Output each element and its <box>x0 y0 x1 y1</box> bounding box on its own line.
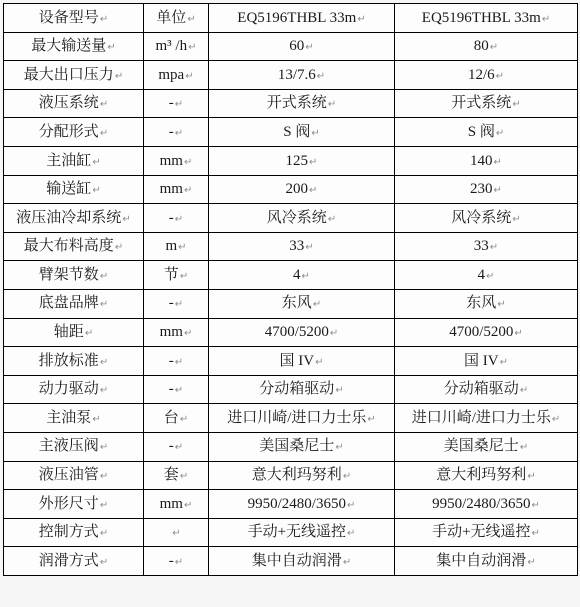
table-row: 输送缸↵mm↵200↵230↵ <box>4 175 578 204</box>
paragraph-mark-icon: ↵ <box>100 442 108 453</box>
model-a-value-cell: 意大利玛努利↵ <box>209 461 395 490</box>
paragraph-mark-icon: ↵ <box>527 471 535 482</box>
cell-text: 液压油冷却系统 <box>16 210 121 226</box>
unit-cell: -↵ <box>144 89 209 118</box>
paragraph-mark-icon: ↵ <box>175 99 183 110</box>
spec-name-cell: 外形尺寸↵ <box>4 490 144 519</box>
cell-text: mm <box>160 181 183 197</box>
table-row: 底盘品牌↵-↵东风↵东风↵ <box>4 289 578 318</box>
table-row: 分配形式↵-↵S 阀↵S 阀↵ <box>4 118 578 147</box>
paragraph-mark-icon: ↵ <box>500 357 508 368</box>
paragraph-mark-icon: ↵ <box>178 242 186 253</box>
table-row: 润滑方式↵-↵集中自动润滑↵集中自动润滑↵ <box>4 547 578 576</box>
model-b-value-cell: 东风↵ <box>395 289 578 318</box>
cell-text: 进口川崎/进口力士乐 <box>227 410 366 426</box>
model-b-value-cell: 4700/5200↵ <box>395 318 578 347</box>
paragraph-mark-icon: ↵ <box>85 328 93 339</box>
unit-cell: m³ /h↵ <box>144 32 209 61</box>
paragraph-mark-icon: ↵ <box>184 185 192 196</box>
paragraph-mark-icon: ↵ <box>357 14 365 25</box>
model-a-value-cell: 风冷系统↵ <box>209 204 395 233</box>
paragraph-mark-icon: ↵ <box>496 71 504 82</box>
model-a-value-cell: EQ5196THBL 33m↵ <box>209 4 395 33</box>
spec-name-cell: 输送缸↵ <box>4 175 144 204</box>
cell-text: 手动+无线遥控 <box>248 524 346 540</box>
paragraph-mark-icon: ↵ <box>347 500 355 511</box>
model-a-value-cell: 125↵ <box>209 146 395 175</box>
spec-name-cell: 主油泵↵ <box>4 404 144 433</box>
unit-cell: -↵ <box>144 347 209 376</box>
unit-cell: mm↵ <box>144 146 209 175</box>
document-page: 设备型号↵单位↵EQ5196THBL 33m↵EQ5196THBL 33m↵最大… <box>0 0 580 579</box>
spec-name-cell: 底盘品牌↵ <box>4 289 144 318</box>
cell-text: S 阀 <box>283 124 310 140</box>
cell-text: 分动箱驱动 <box>444 381 519 397</box>
cell-text: 东风 <box>282 295 312 311</box>
table-row: 最大出口压力↵mpa↵13/7.6↵12/6↵ <box>4 61 578 90</box>
cell-text: 最大出口压力 <box>24 67 114 83</box>
paragraph-mark-icon: ↵ <box>302 271 310 282</box>
cell-text: 节 <box>164 267 179 283</box>
cell-text: 4 <box>478 267 486 283</box>
spec-name-cell: 主油缸↵ <box>4 146 144 175</box>
cell-text: 台 <box>164 410 179 426</box>
paragraph-mark-icon: ↵ <box>115 71 123 82</box>
paragraph-mark-icon: ↵ <box>175 214 183 225</box>
paragraph-mark-icon: ↵ <box>305 242 313 253</box>
unit-cell: -↵ <box>144 118 209 147</box>
unit-cell: mm↵ <box>144 490 209 519</box>
cell-text: 9950/2480/3650 <box>248 496 346 512</box>
model-b-value-cell: 分动箱驱动↵ <box>395 375 578 404</box>
paragraph-mark-icon: ↵ <box>180 414 188 425</box>
cell-text: 13/7.6 <box>278 67 316 83</box>
paragraph-mark-icon: ↵ <box>100 99 108 110</box>
paragraph-mark-icon: ↵ <box>180 471 188 482</box>
paragraph-mark-icon: ↵ <box>100 528 108 539</box>
paragraph-mark-icon: ↵ <box>313 299 321 310</box>
paragraph-mark-icon: ↵ <box>92 157 100 168</box>
model-b-value-cell: 开式系统↵ <box>395 89 578 118</box>
spec-name-cell: 动力驱动↵ <box>4 375 144 404</box>
cell-text: 分配形式 <box>39 124 99 140</box>
unit-cell: -↵ <box>144 432 209 461</box>
model-a-value-cell: 分动箱驱动↵ <box>209 375 395 404</box>
paragraph-mark-icon: ↵ <box>175 442 183 453</box>
cell-text: - <box>169 438 174 454</box>
model-a-value-cell: S 阀↵ <box>209 118 395 147</box>
cell-text: 润滑方式 <box>39 553 99 569</box>
cell-text: mm <box>160 324 183 340</box>
spec-name-cell: 设备型号↵ <box>4 4 144 33</box>
spec-name-cell: 排放标准↵ <box>4 347 144 376</box>
cell-text: 国 IV <box>280 353 315 369</box>
spec-name-cell: 最大输送量↵ <box>4 32 144 61</box>
unit-cell: -↵ <box>144 289 209 318</box>
unit-cell: 单位↵ <box>144 4 209 33</box>
model-a-value-cell: 进口川崎/进口力士乐↵ <box>209 404 395 433</box>
table-row: 最大布料高度↵m↵33↵33↵ <box>4 232 578 261</box>
table-row: 轴距↵mm↵4700/5200↵4700/5200↵ <box>4 318 578 347</box>
cell-text: 33 <box>474 238 489 254</box>
model-b-value-cell: S 阀↵ <box>395 118 578 147</box>
cell-text: 进口川崎/进口力士乐 <box>412 410 551 426</box>
paragraph-mark-icon: ↵ <box>490 42 498 53</box>
paragraph-mark-icon: ↵ <box>490 242 498 253</box>
cell-text: 140 <box>470 153 493 169</box>
model-a-value-cell: 开式系统↵ <box>209 89 395 118</box>
spec-name-cell: 液压油冷却系统↵ <box>4 204 144 233</box>
paragraph-mark-icon: ↵ <box>520 385 528 396</box>
spec-name-cell: 最大出口压力↵ <box>4 61 144 90</box>
model-b-value-cell: 230↵ <box>395 175 578 204</box>
table-row: 最大输送量↵m³ /h↵60↵80↵ <box>4 32 578 61</box>
model-b-value-cell: 进口川崎/进口力士乐↵ <box>395 404 578 433</box>
paragraph-mark-icon: ↵ <box>532 528 540 539</box>
paragraph-mark-icon: ↵ <box>175 128 183 139</box>
cell-text: 集中自动润滑 <box>436 553 526 569</box>
cell-text: mm <box>160 153 183 169</box>
cell-text: - <box>169 381 174 397</box>
cell-text: 东风 <box>466 295 496 311</box>
spec-name-cell: 臂架节数↵ <box>4 261 144 290</box>
cell-text: 主液压阀 <box>39 438 99 454</box>
cell-text: 33 <box>289 238 304 254</box>
model-a-value-cell: 13/7.6↵ <box>209 61 395 90</box>
model-a-value-cell: 国 IV↵ <box>209 347 395 376</box>
model-a-value-cell: 60↵ <box>209 32 395 61</box>
model-b-value-cell: 风冷系统↵ <box>395 204 578 233</box>
paragraph-mark-icon: ↵ <box>180 271 188 282</box>
cell-text: m³ /h <box>156 38 188 54</box>
paragraph-mark-icon: ↵ <box>100 557 108 568</box>
paragraph-mark-icon: ↵ <box>335 385 343 396</box>
paragraph-mark-icon: ↵ <box>184 500 192 511</box>
paragraph-mark-icon: ↵ <box>315 357 323 368</box>
spec-name-cell: 润滑方式↵ <box>4 547 144 576</box>
paragraph-mark-icon: ↵ <box>100 471 108 482</box>
paragraph-mark-icon: ↵ <box>494 185 502 196</box>
unit-cell: -↵ <box>144 547 209 576</box>
model-a-value-cell: 4↵ <box>209 261 395 290</box>
cell-text: - <box>169 210 174 226</box>
paragraph-mark-icon: ↵ <box>512 214 520 225</box>
header-row: 设备型号↵单位↵EQ5196THBL 33m↵EQ5196THBL 33m↵ <box>4 4 578 33</box>
cell-text: 套 <box>164 467 179 483</box>
model-a-value-cell: 9950/2480/3650↵ <box>209 490 395 519</box>
spec-name-cell: 分配形式↵ <box>4 118 144 147</box>
model-b-value-cell: 33↵ <box>395 232 578 261</box>
table-row: 外形尺寸↵mm↵9950/2480/3650↵9950/2480/3650↵ <box>4 490 578 519</box>
paragraph-mark-icon: ↵ <box>100 14 108 25</box>
paragraph-mark-icon: ↵ <box>497 299 505 310</box>
paragraph-mark-icon: ↵ <box>527 557 535 568</box>
paragraph-mark-icon: ↵ <box>486 271 494 282</box>
paragraph-mark-icon: ↵ <box>496 128 504 139</box>
cell-text: S 阀 <box>468 124 495 140</box>
cell-text: 200 <box>286 181 309 197</box>
unit-cell: -↵ <box>144 375 209 404</box>
cell-text: 集中自动润滑 <box>252 553 342 569</box>
cell-text: mpa <box>158 67 184 83</box>
unit-cell: -↵ <box>144 204 209 233</box>
model-b-value-cell: 80↵ <box>395 32 578 61</box>
cell-text: - <box>169 353 174 369</box>
model-b-value-cell: 集中自动润滑↵ <box>395 547 578 576</box>
paragraph-mark-icon: ↵ <box>335 442 343 453</box>
model-b-value-cell: 手动+无线遥控↵ <box>395 518 578 547</box>
paragraph-mark-icon: ↵ <box>305 42 313 53</box>
cell-text: 轴距 <box>54 324 84 340</box>
paragraph-mark-icon: ↵ <box>494 157 502 168</box>
paragraph-mark-icon: ↵ <box>520 442 528 453</box>
paragraph-mark-icon: ↵ <box>100 500 108 511</box>
cell-text: 开式系统 <box>451 95 511 111</box>
cell-text: - <box>169 124 174 140</box>
paragraph-mark-icon: ↵ <box>100 357 108 368</box>
cell-text: 开式系统 <box>267 95 327 111</box>
paragraph-mark-icon: ↵ <box>309 185 317 196</box>
cell-text: 输送缸 <box>46 181 91 197</box>
paragraph-mark-icon: ↵ <box>100 271 108 282</box>
cell-text: 控制方式 <box>39 524 99 540</box>
cell-text: m <box>165 238 177 254</box>
cell-text: 9950/2480/3650 <box>432 496 530 512</box>
cell-text: 手动+无线遥控 <box>432 524 530 540</box>
cell-text: 意大利玛努利 <box>436 467 526 483</box>
cell-text: EQ5196THBL 33m <box>237 10 356 26</box>
paragraph-mark-icon: ↵ <box>343 557 351 568</box>
model-b-value-cell: 意大利玛努利↵ <box>395 461 578 490</box>
model-a-value-cell: 200↵ <box>209 175 395 204</box>
cell-text: 4700/5200 <box>449 324 513 340</box>
paragraph-mark-icon: ↵ <box>175 357 183 368</box>
paragraph-mark-icon: ↵ <box>175 557 183 568</box>
cell-text: 4 <box>293 267 301 283</box>
paragraph-mark-icon: ↵ <box>311 128 319 139</box>
unit-cell: m↵ <box>144 232 209 261</box>
cell-text: - <box>169 295 174 311</box>
cell-text: - <box>169 95 174 111</box>
model-b-value-cell: EQ5196THBL 33m↵ <box>395 4 578 33</box>
cell-text: - <box>169 553 174 569</box>
paragraph-mark-icon: ↵ <box>100 299 108 310</box>
paragraph-mark-icon: ↵ <box>328 99 336 110</box>
cell-text: 美国桑尼士 <box>259 438 334 454</box>
paragraph-mark-icon: ↵ <box>531 500 539 511</box>
paragraph-mark-icon: ↵ <box>330 328 338 339</box>
unit-cell: 节↵ <box>144 261 209 290</box>
paragraph-mark-icon: ↵ <box>100 128 108 139</box>
unit-cell: mm↵ <box>144 175 209 204</box>
cell-text: 臂架节数 <box>39 267 99 283</box>
paragraph-mark-icon: ↵ <box>184 328 192 339</box>
cell-text: 液压系统 <box>39 95 99 111</box>
unit-cell: 套↵ <box>144 461 209 490</box>
spec-name-cell: 轴距↵ <box>4 318 144 347</box>
model-b-value-cell: 国 IV↵ <box>395 347 578 376</box>
table-row: 液压系统↵-↵开式系统↵开式系统↵ <box>4 89 578 118</box>
unit-cell: ↵ <box>144 518 209 547</box>
table-row: 液压油管↵套↵意大利玛努利↵意大利玛努利↵ <box>4 461 578 490</box>
cell-text: 4700/5200 <box>265 324 329 340</box>
cell-text: 风冷系统 <box>451 210 511 226</box>
cell-text: 排放标准 <box>39 353 99 369</box>
paragraph-mark-icon: ↵ <box>188 42 196 53</box>
unit-cell: mpa↵ <box>144 61 209 90</box>
paragraph-mark-icon: ↵ <box>542 14 550 25</box>
paragraph-mark-icon: ↵ <box>107 42 115 53</box>
model-a-value-cell: 集中自动润滑↵ <box>209 547 395 576</box>
model-a-value-cell: 东风↵ <box>209 289 395 318</box>
model-a-value-cell: 4700/5200↵ <box>209 318 395 347</box>
model-b-value-cell: 140↵ <box>395 146 578 175</box>
paragraph-mark-icon: ↵ <box>367 414 375 425</box>
spec-name-cell: 控制方式↵ <box>4 518 144 547</box>
table-row: 液压油冷却系统↵-↵风冷系统↵风冷系统↵ <box>4 204 578 233</box>
model-b-value-cell: 9950/2480/3650↵ <box>395 490 578 519</box>
model-a-value-cell: 手动+无线遥控↵ <box>209 518 395 547</box>
cell-text: 国 IV <box>464 353 499 369</box>
paragraph-mark-icon: ↵ <box>512 99 520 110</box>
paragraph-mark-icon: ↵ <box>122 214 130 225</box>
table-row: 主油缸↵mm↵125↵140↵ <box>4 146 578 175</box>
paragraph-mark-icon: ↵ <box>552 414 560 425</box>
model-b-value-cell: 12/6↵ <box>395 61 578 90</box>
table-row: 主油泵↵台↵进口川崎/进口力士乐↵进口川崎/进口力士乐↵ <box>4 404 578 433</box>
unit-cell: 台↵ <box>144 404 209 433</box>
table-row: 排放标准↵-↵国 IV↵国 IV↵ <box>4 347 578 376</box>
paragraph-mark-icon: ↵ <box>317 71 325 82</box>
model-a-value-cell: 33↵ <box>209 232 395 261</box>
cell-text: 意大利玛努利 <box>252 467 342 483</box>
spec-table: 设备型号↵单位↵EQ5196THBL 33m↵EQ5196THBL 33m↵最大… <box>3 3 578 576</box>
cell-text: 最大布料高度 <box>24 238 114 254</box>
cell-text: 底盘品牌 <box>39 295 99 311</box>
cell-text: mm <box>160 496 183 512</box>
cell-text: 外形尺寸 <box>39 496 99 512</box>
table-row: 主液压阀↵-↵美国桑尼士↵美国桑尼士↵ <box>4 432 578 461</box>
paragraph-mark-icon: ↵ <box>172 528 180 539</box>
paragraph-mark-icon: ↵ <box>514 328 522 339</box>
cell-text: 美国桑尼士 <box>444 438 519 454</box>
spec-name-cell: 最大布料高度↵ <box>4 232 144 261</box>
cell-text: 设备型号 <box>39 10 99 26</box>
table-row: 臂架节数↵节↵4↵4↵ <box>4 261 578 290</box>
paragraph-mark-icon: ↵ <box>184 157 192 168</box>
cell-text: EQ5196THBL 33m <box>422 10 541 26</box>
paragraph-mark-icon: ↵ <box>100 385 108 396</box>
cell-text: 60 <box>289 38 304 54</box>
cell-text: 12/6 <box>468 67 495 83</box>
cell-text: 125 <box>286 153 309 169</box>
cell-text: 液压油管 <box>39 467 99 483</box>
spec-table-body: 设备型号↵单位↵EQ5196THBL 33m↵EQ5196THBL 33m↵最大… <box>4 4 578 576</box>
paragraph-mark-icon: ↵ <box>343 471 351 482</box>
cell-text: 分动箱驱动 <box>259 381 334 397</box>
cell-text: 单位 <box>156 10 186 26</box>
paragraph-mark-icon: ↵ <box>328 214 336 225</box>
cell-text: 主油泵 <box>46 410 91 426</box>
paragraph-mark-icon: ↵ <box>92 414 100 425</box>
model-b-value-cell: 美国桑尼士↵ <box>395 432 578 461</box>
spec-name-cell: 主液压阀↵ <box>4 432 144 461</box>
paragraph-mark-icon: ↵ <box>92 185 100 196</box>
paragraph-mark-icon: ↵ <box>187 14 195 25</box>
paragraph-mark-icon: ↵ <box>175 385 183 396</box>
cell-text: 风冷系统 <box>267 210 327 226</box>
cell-text: 动力驱动 <box>39 381 99 397</box>
paragraph-mark-icon: ↵ <box>175 299 183 310</box>
cell-text: 80 <box>474 38 489 54</box>
paragraph-mark-icon: ↵ <box>347 528 355 539</box>
paragraph-mark-icon: ↵ <box>309 157 317 168</box>
model-a-value-cell: 美国桑尼士↵ <box>209 432 395 461</box>
cell-text: 230 <box>470 181 493 197</box>
paragraph-mark-icon: ↵ <box>185 71 193 82</box>
cell-text: 最大输送量 <box>31 38 106 54</box>
model-b-value-cell: 4↵ <box>395 261 578 290</box>
paragraph-mark-icon: ↵ <box>115 242 123 253</box>
table-row: 控制方式↵↵手动+无线遥控↵手动+无线遥控↵ <box>4 518 578 547</box>
spec-name-cell: 液压系统↵ <box>4 89 144 118</box>
table-row: 动力驱动↵-↵分动箱驱动↵分动箱驱动↵ <box>4 375 578 404</box>
unit-cell: mm↵ <box>144 318 209 347</box>
spec-name-cell: 液压油管↵ <box>4 461 144 490</box>
cell-text: 主油缸 <box>46 153 91 169</box>
